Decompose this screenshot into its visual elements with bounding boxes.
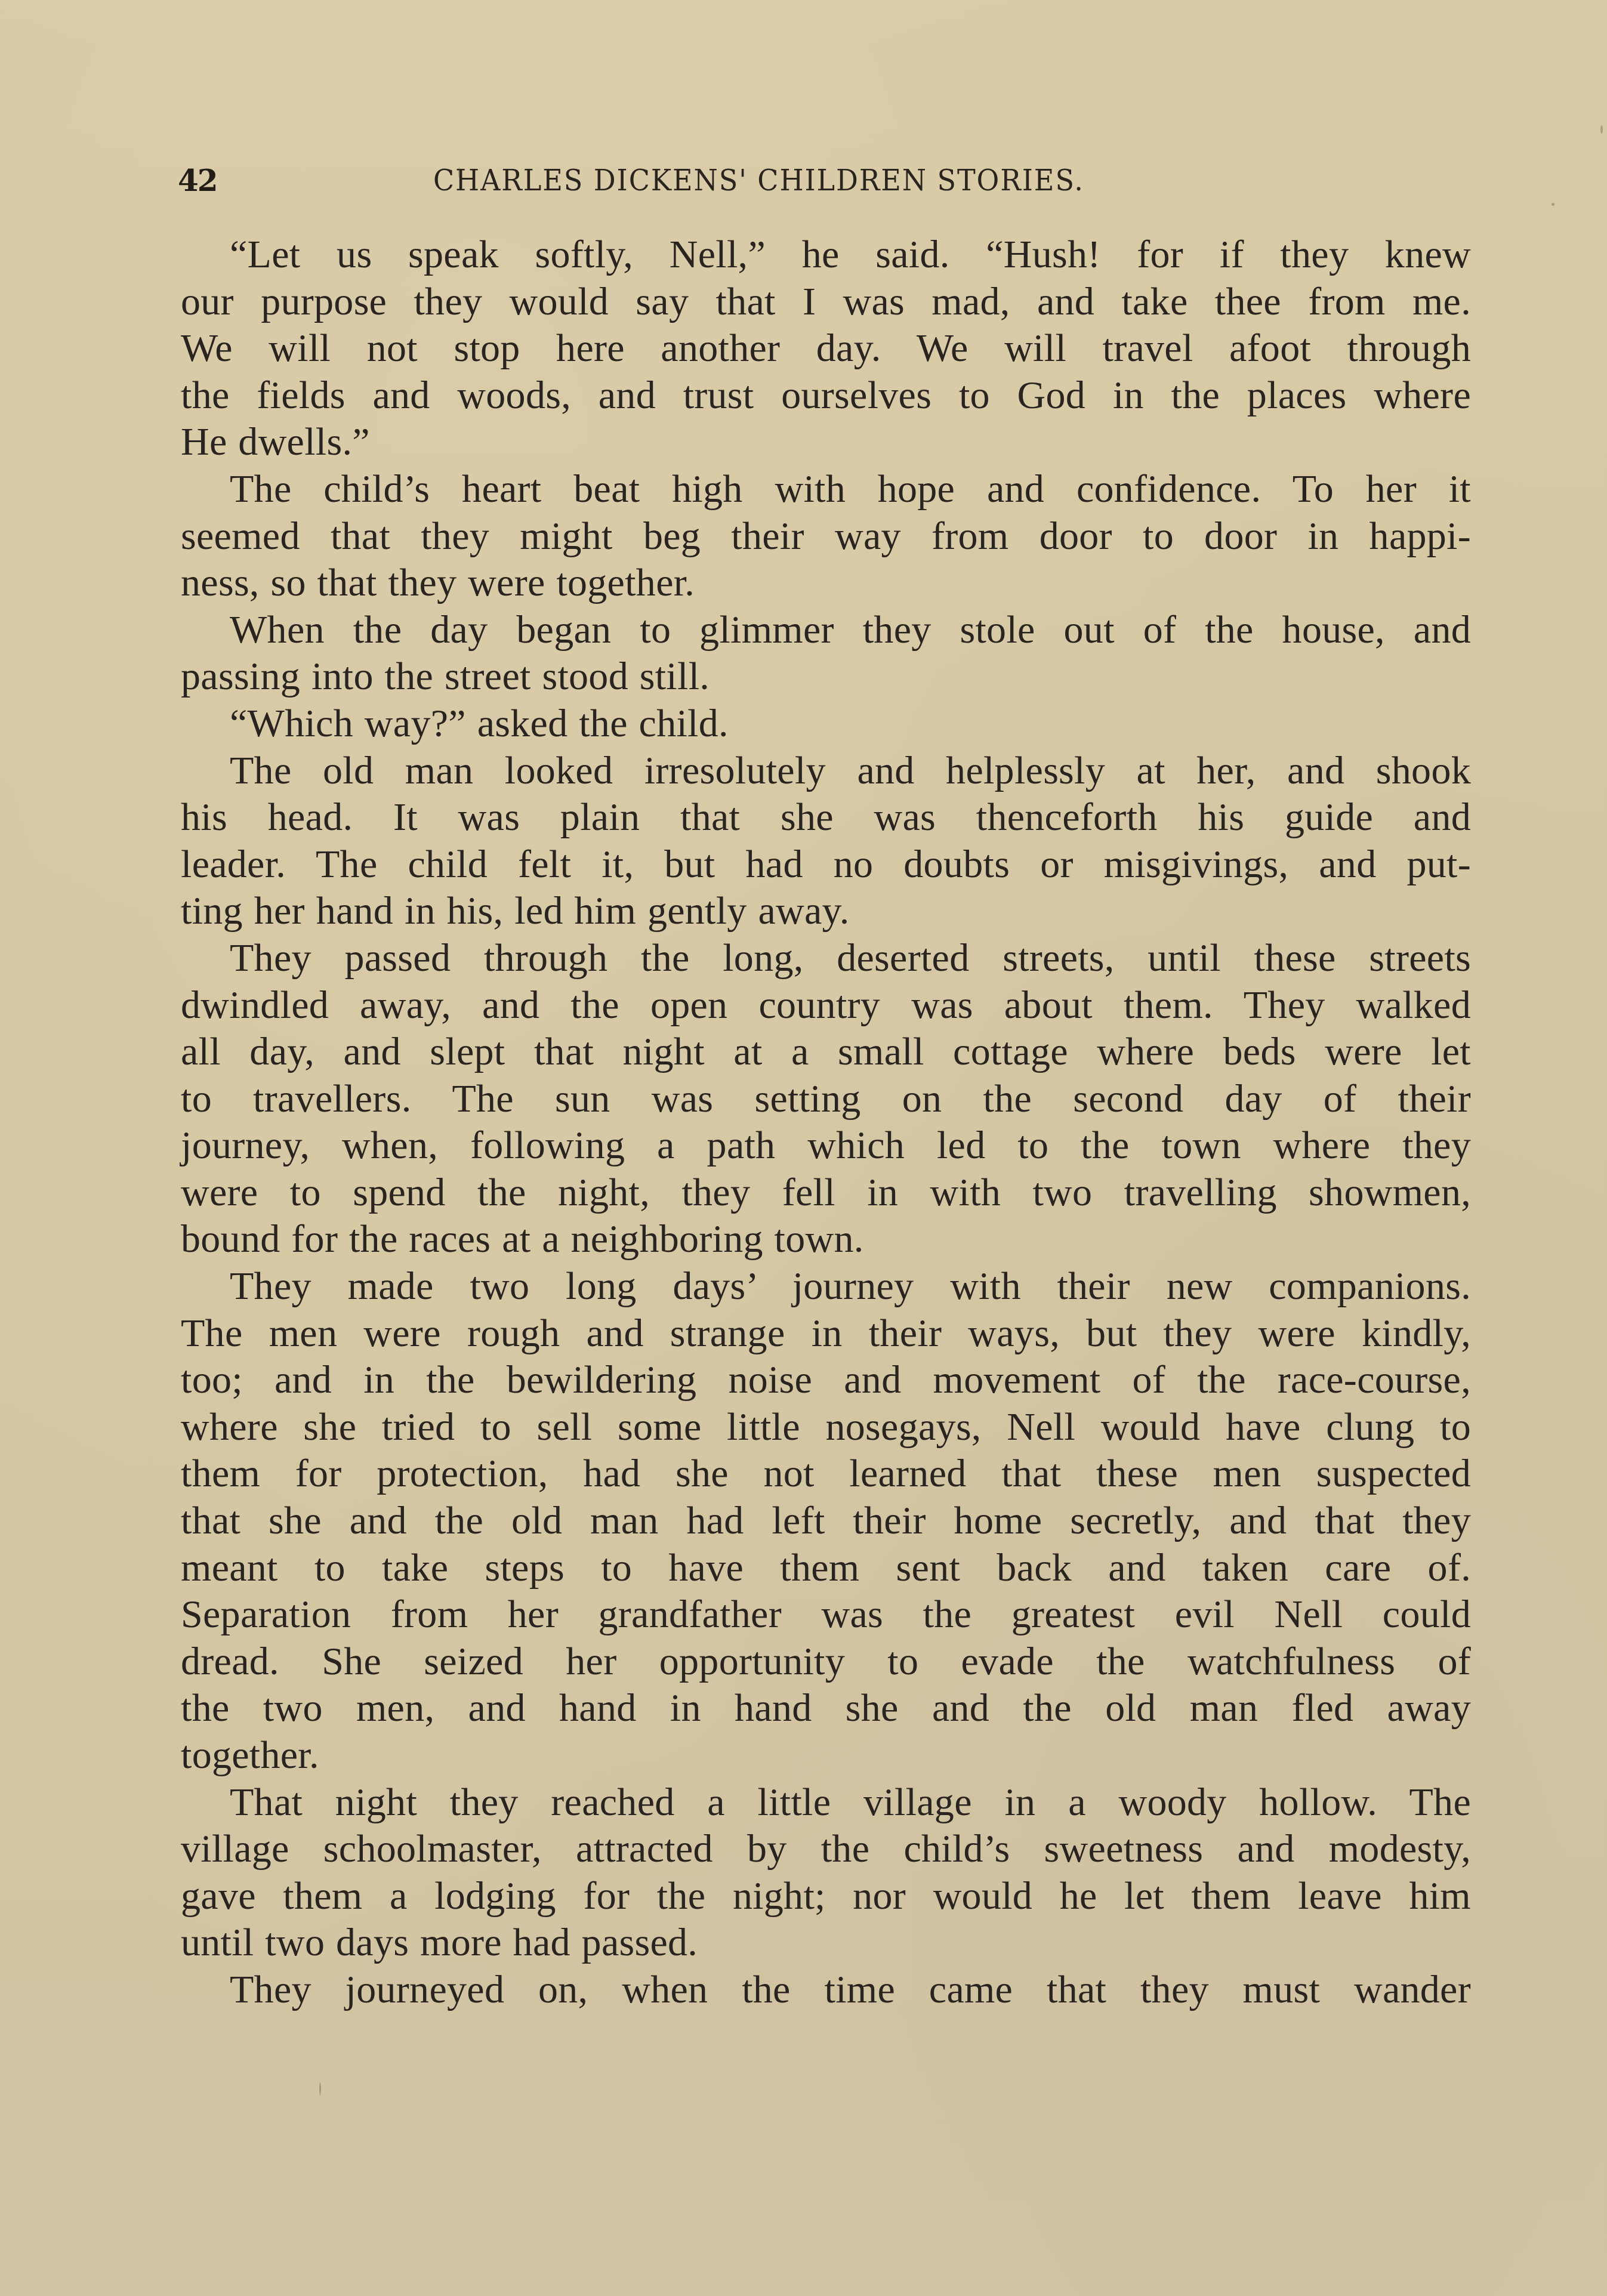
paper-speck [458,167,460,178]
text-line: them for protection, had she not learned… [181,1451,1471,1498]
text-line: gave them a lodging for the night; nor w… [181,1873,1471,1920]
text-line: “Let us speak softly, Nell,” he said. “H… [181,232,1471,279]
book-page: 42 CHARLES DICKENS' CHILDREN STORIES. “L… [0,0,1607,2296]
text-line: the two men, and hand in hand she and th… [181,1685,1471,1732]
text-line: that she and the old man had left their … [181,1498,1471,1545]
text-line: “Which way?” asked the child. [181,700,1471,748]
text-line: They made two long days’ journey with th… [181,1263,1471,1310]
text-line: our purpose they would say that I was ma… [181,279,1471,326]
text-line: meant to take steps to have them sent ba… [181,1545,1471,1592]
text-line: ting her hand in his, led him gently awa… [181,888,1471,935]
text-line: When the day began to glimmer they stole… [181,607,1471,654]
text-line: The old man looked irresolutely and help… [181,748,1471,795]
text-line: We will not stop here another day. We wi… [181,325,1471,372]
running-head: 42 CHARLES DICKENS' CHILDREN STORIES. [178,160,1473,202]
text-line: They journeyed on, when the time came th… [181,1967,1471,2014]
text-line: journey, when, following a path which le… [181,1122,1471,1169]
text-line: were to spend the night, they fell in wi… [181,1169,1471,1217]
text-line: where she tried to sell some little nose… [181,1404,1471,1451]
text-line: The child’s heart beat high with hope an… [181,466,1471,513]
text-line: to travellers. The sun was setting on th… [181,1076,1471,1123]
text-line: until two days more had passed. [181,1919,1471,1967]
text-line: ness, so that they were together. [181,560,1471,607]
text-line: together. [181,1732,1471,1779]
text-line: That night they reached a little village… [181,1779,1471,1826]
text-line: passing into the street stood still. [181,653,1471,700]
running-head-title: CHARLES DICKENS' CHILDREN STORIES. [433,160,1084,202]
text-line: They passed through the long, deserted s… [181,935,1471,982]
text-line: leader. The child felt it, but had no do… [181,841,1471,888]
body-text: “Let us speak softly, Nell,” he said. “H… [181,232,1471,2014]
text-line: village schoolmaster, attracted by the c… [181,1826,1471,1873]
text-line: bound for the races at a neighboring tow… [181,1216,1471,1263]
text-line: seemed that they might beg their way fro… [181,513,1471,560]
text-line: He dwells.” [181,419,1471,466]
text-line: Separation from her grandfather was the … [181,1591,1471,1638]
text-line: dwindled away, and the open country was … [181,982,1471,1029]
paper-speck [1552,203,1554,206]
text-line: too; and in the bewildering noise and mo… [181,1357,1471,1404]
text-line: all day, and slept that night at a small… [181,1029,1471,1076]
text-line: his head. It was plain that she was then… [181,794,1471,841]
text-line: the fields and woods, and trust ourselve… [181,372,1471,419]
page-number: 42 [178,160,217,202]
paper-speck [1600,125,1603,134]
text-line: dread. She seized her opportunity to eva… [181,1638,1471,1686]
text-line: The men were rough and strange in their … [181,1310,1471,1357]
paper-speck [319,2082,321,2096]
